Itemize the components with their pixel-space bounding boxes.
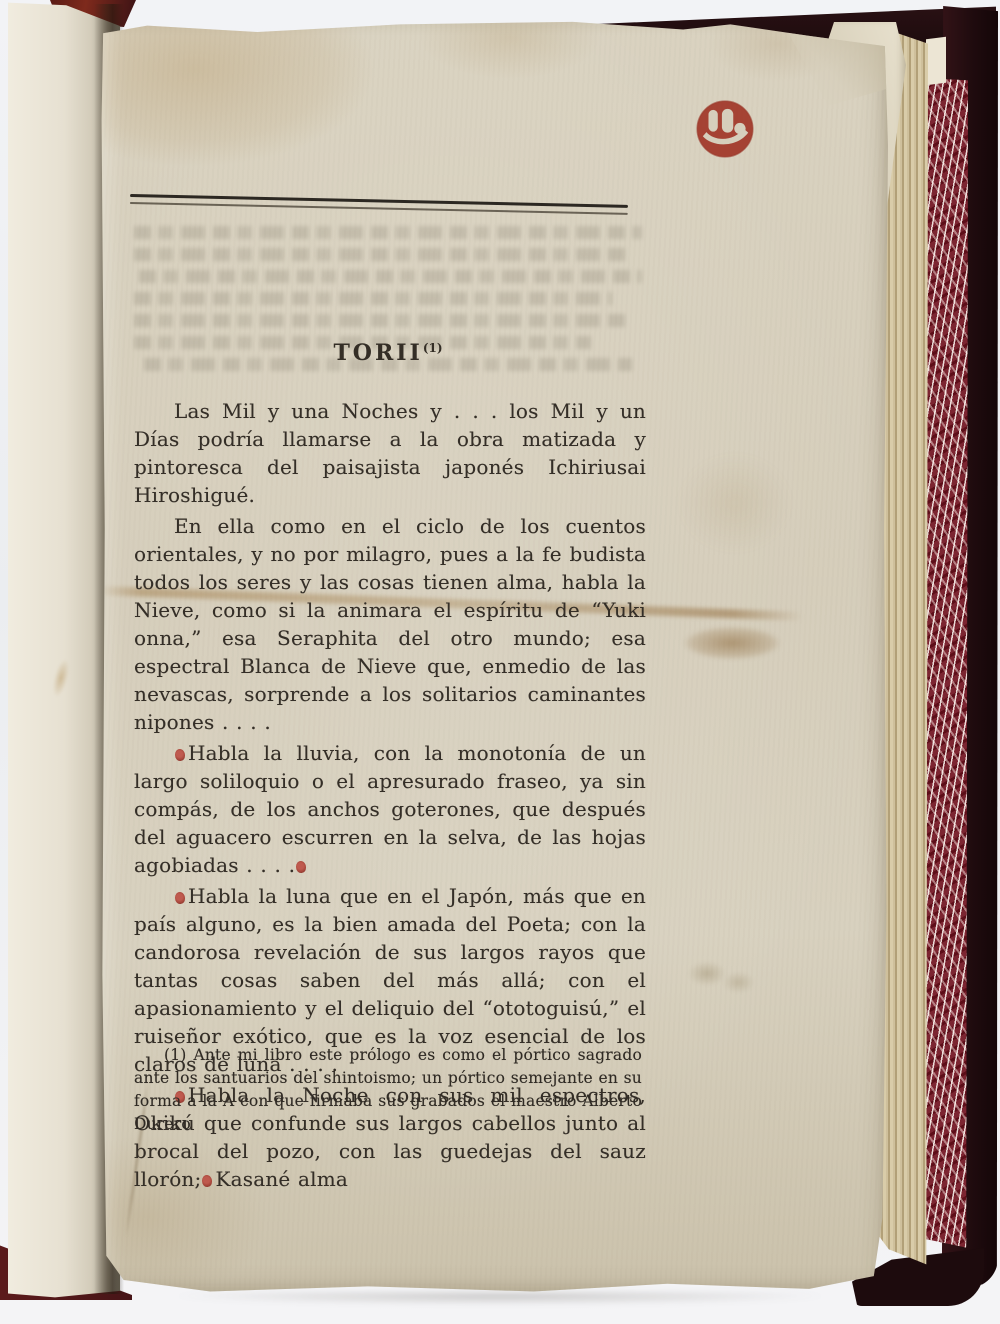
stain-facing-page xyxy=(46,651,76,706)
show-through-line xyxy=(134,226,642,239)
red-ink-mark-icon xyxy=(175,892,185,904)
red-seal-stamp-icon xyxy=(692,96,758,162)
red-ink-mark-icon xyxy=(202,1175,212,1187)
show-through-line xyxy=(139,270,642,283)
photo-background: { "page": { "title": "TORII", "title_ref… xyxy=(0,0,1000,1324)
paragraph-text: Kasané alma xyxy=(215,1167,348,1191)
show-through-line xyxy=(134,292,612,305)
page-title: TORII(1) xyxy=(134,340,642,366)
endpaper-white-sliver xyxy=(926,37,946,85)
footnote: (1) Ante mi libro este prólogo es como e… xyxy=(134,1044,642,1136)
stain-streak-blob xyxy=(676,622,788,664)
red-ink-mark-icon xyxy=(175,749,185,761)
show-through-text xyxy=(134,226,642,394)
stain-mid-right xyxy=(660,438,810,568)
paragraph: Las Mil y una Noches y . . . los Mil y u… xyxy=(134,397,646,509)
show-through-line xyxy=(134,314,632,327)
show-through-line xyxy=(134,248,627,261)
paragraph: En ella como en el ciclo de los cuentos … xyxy=(134,512,646,736)
paragraph-text: Habla la lluvia, con la monotonía de un … xyxy=(134,741,646,877)
double-rule-divider xyxy=(130,194,628,215)
paragraph-text: En ella como en el ciclo de los cuentos … xyxy=(134,514,646,734)
paragraph: Habla la lluvia, con la monotonía de un … xyxy=(134,739,646,879)
title-footnote-ref: (1) xyxy=(423,341,443,355)
red-ink-mark-icon xyxy=(296,861,306,873)
stain-near-footnote xyxy=(680,956,770,1000)
rule-thick-line xyxy=(130,194,628,208)
paragraph-text: Las Mil y una Noches y . . . los Mil y u… xyxy=(134,399,646,507)
marbled-endpaper-edge xyxy=(922,78,968,1250)
main-page: TORII(1) Las Mil y una Noches y . . . lo… xyxy=(100,18,888,1294)
title-text: TORII xyxy=(333,340,422,366)
book-drop-shadow xyxy=(60,1292,940,1312)
